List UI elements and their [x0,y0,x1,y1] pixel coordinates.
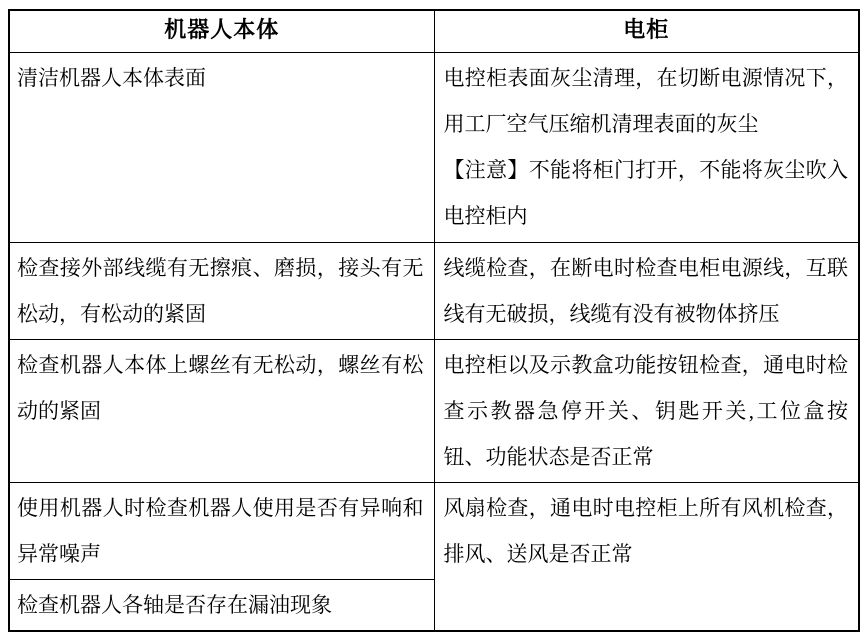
cell-text: 电控柜表面灰尘清理，在切断电源情况下，用工厂空气压缩机清理表面的灰尘 [444,55,849,147]
cell-text: 风扇检查，通电时电控柜上所有风机检查，排风、送风是否正常 [444,485,849,577]
cell-text: 线缆检查，在断电时检查电柜电源线，互联线有无破损，线缆有没有被物体挤压 [444,245,849,337]
cell-cabinet-fan-check: 风扇检查，通电时电控柜上所有风机检查，排风、送风是否正常 [434,482,859,631]
table-header-row: 机器人本体 电柜 [9,10,859,52]
table-row-cable-check: 检查接外部线缆有无擦痕、磨损，接头有无松动，有松动的紧固 线缆检查，在断电时检查… [9,242,859,339]
cell-text: 检查接外部线缆有无擦痕、磨损，接头有无松动，有松动的紧固 [17,245,424,337]
cell-cabinet-cable-check: 线缆检查，在断电时检查电柜电源线，互联线有无破损，线缆有没有被物体挤压 [434,242,859,339]
cell-text-notice: 【注意】不能将柜门打开，不能将灰尘吹入电控柜内 [444,147,849,239]
cell-text: 检查机器人本体上螺丝有无松动，螺丝有松动的紧固 [17,342,424,434]
cell-cabinet-button-check: 电控柜以及示教盒功能按钮检查，通电时检查示教器急停开关、钥匙开关,工位盒按 钮、… [434,339,859,482]
maintenance-checklist-table: 机器人本体 电柜 清洁机器人本体表面 电控柜表面灰尘清理，在切断电源情况下，用工… [8,9,860,632]
cell-text: 检查机器人各轴是否存在漏油现象 [17,582,424,628]
cell-robot-clean-surface: 清洁机器人本体表面 [9,52,434,242]
header-robot-body: 机器人本体 [9,10,434,52]
document-page: 机器人本体 电柜 清洁机器人本体表面 电控柜表面灰尘清理，在切断电源情况下，用工… [0,0,868,641]
cell-robot-external-cables: 检查接外部线缆有无擦痕、磨损，接头有无松动，有松动的紧固 [9,242,434,339]
cell-cabinet-dust-cleaning: 电控柜表面灰尘清理，在切断电源情况下，用工厂空气压缩机清理表面的灰尘 【注意】不… [434,52,859,242]
cell-text: 使用机器人时检查机器人使用是否有异响和异常噪声 [17,485,424,577]
table-row-noise-fan: 使用机器人时检查机器人使用是否有异响和异常噪声 风扇检查，通电时电控柜上所有风机… [9,482,859,579]
cell-robot-oil-leak: 检查机器人各轴是否存在漏油现象 [9,579,434,631]
table-row-screws-buttons: 检查机器人本体上螺丝有无松动，螺丝有松动的紧固 电控柜以及示教盒功能按钮检查，通… [9,339,859,482]
header-electrical-cabinet: 电柜 [434,10,859,52]
cell-text: 清洁机器人本体表面 [17,55,424,101]
cell-text: 电控柜以及示教盒功能按钮检查，通电时检查示教器急停开关、钥匙开关,工位盒按 钮、… [444,342,849,480]
cell-robot-abnormal-noise: 使用机器人时检查机器人使用是否有异响和异常噪声 [9,482,434,579]
table-row-clean-surface: 清洁机器人本体表面 电控柜表面灰尘清理，在切断电源情况下，用工厂空气压缩机清理表… [9,52,859,242]
cell-robot-screws: 检查机器人本体上螺丝有无松动，螺丝有松动的紧固 [9,339,434,482]
